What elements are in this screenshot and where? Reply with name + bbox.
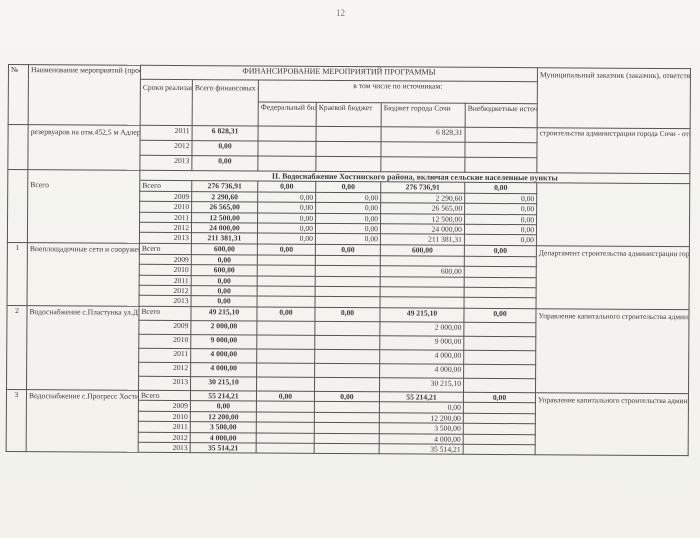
extra-cell [464,364,536,378]
item-total-cell: 49 215,10 [191,306,257,320]
extra-cell [464,322,536,336]
summary-city-cell: 276 736,91 [381,182,465,193]
extra-cell: 0,00 [465,204,537,215]
city-cell: 12 500,00 [381,213,465,224]
total-cell: 12 200,00 [190,411,256,422]
regional-cell: 0,00 [315,234,380,245]
item-city-cell: 49 215,10 [380,308,464,323]
regional-cell [315,363,380,377]
federal-cell: 0,00 [258,202,316,213]
header-no: № [8,65,28,125]
federal-cell [256,433,314,444]
city-cell: 26 565,00 [381,203,465,214]
total-cell: 4 000,00 [190,432,256,443]
regional-cell [316,141,381,156]
item-customer: строительства администрации города Сочи … [537,128,690,174]
federal-cell [257,276,315,287]
item-customer: Департамент строительства администрации … [536,246,689,310]
extra-cell [464,378,536,392]
item-total-label: Всего [139,306,191,320]
header-name: Наименование мероприятий (проектов) [28,65,140,126]
regional-cell [315,335,380,349]
item-name: Водоснабжение с.Пластунка ул.Джапаридзе … [27,305,140,390]
city-cell: 3 500,00 [379,423,463,434]
year-cell: 2010 [140,202,192,213]
summary-name: Всего [27,180,139,243]
year-cell: 2009 [140,191,192,202]
year-cell: 2013 [140,155,192,170]
regional-cell [315,377,380,391]
section-no-cell [8,170,28,181]
item-total-cell: 55 214,21 [190,390,256,401]
regional-cell [314,402,379,413]
year-cell: 2013 [138,442,190,453]
city-cell: 9 000,00 [380,336,464,351]
regional-cell [314,433,379,444]
item-extra-cell: 0,00 [464,308,536,322]
extra-cell [463,403,535,414]
item-regional-cell: 0,00 [314,391,379,402]
regional-cell [315,297,380,308]
total-cell: 0,00 [192,156,258,171]
total-cell: 0,00 [191,275,257,286]
year-cell: 2010 [139,334,191,348]
page-number: 12 [336,8,345,18]
federal-cell [258,141,316,156]
header-city: Бюджет города Сочи [381,103,465,128]
city-cell [381,142,465,158]
city-cell: 0,00 [379,402,463,413]
item-total-label: Всего [138,390,190,401]
extra-cell: 0,00 [464,235,536,246]
federal-cell [257,377,315,391]
item-total-cell: 600,00 [191,243,257,254]
regional-cell: 0,00 [315,223,380,234]
year-cell: 2011 [138,421,190,432]
item-regional-cell: 0,00 [315,244,380,255]
total-cell: 24 000,00 [191,223,257,234]
regional-cell [315,286,380,297]
federal-cell [256,422,314,433]
total-cell: 3 500,00 [190,422,256,433]
extra-cell [463,444,535,455]
summary-total-cell: 276 736,91 [192,181,258,192]
extra-cell [465,127,537,142]
year-cell: 2010 [138,411,190,422]
federal-cell: 0,00 [258,192,316,203]
city-cell: 4 000,00 [379,433,463,444]
federal-cell: 0,00 [257,233,315,244]
total-cell: 211 381,31 [191,233,257,244]
federal-cell [257,335,315,349]
total-cell: 4 000,00 [191,362,257,376]
year-cell: 2013 [139,233,191,244]
extra-cell [463,413,535,424]
item-city-cell: 55 214,21 [379,392,463,403]
city-cell: 4 000,00 [380,350,464,365]
header-total: Всего финансовых средств, тыс.руб. [192,80,258,126]
federal-cell [256,412,314,423]
regional-cell [315,266,380,277]
extra-cell [464,298,536,309]
item-extra-cell: 0,00 [464,245,536,256]
item-federal-cell: 0,00 [257,307,315,321]
extra-cell: 0,00 [465,214,537,225]
extra-cell [464,287,536,298]
item-no: 2 [7,305,28,389]
year-cell: 2011 [139,275,191,286]
year-cell: 2012 [139,362,191,376]
section-name-cell [28,170,140,181]
year-cell: 2012 [140,140,192,155]
federal-cell [257,349,315,363]
year-cell: 2012 [139,285,191,296]
federal-cell [257,321,315,335]
extra-cell [465,142,537,157]
federal-cell [256,443,314,454]
header-federal: Федеральный бюджет [258,102,316,126]
scanned-page: 12 № Наименование мероприятий (проектов)… [0,0,700,538]
regional-cell [316,126,381,141]
item-city-cell: 600,00 [380,245,464,257]
total-cell: 2 290,60 [192,191,258,202]
year-cell: 2010 [139,265,191,276]
extra-cell [464,350,536,364]
year-cell: 2013 [139,296,191,307]
city-cell: 6 828,31 [381,127,465,143]
total-cell: 6 828,31 [192,126,258,141]
federal-cell [257,363,315,377]
extra-cell: 0,00 [464,224,536,235]
regional-cell [314,422,379,433]
item-no: 3 [6,389,26,452]
extra-cell [465,157,537,172]
total-cell: 600,00 [191,265,257,276]
city-cell: 24 000,00 [380,224,464,235]
total-cell: 12 500,00 [192,212,258,223]
regional-cell: 0,00 [316,192,381,203]
total-cell: 9 000,00 [191,334,257,348]
header-extra: Внебюджетные источники [465,103,537,127]
financing-table: № Наименование мероприятий (проектов) ФИ… [6,64,691,456]
federal-cell [256,401,314,412]
extra-cell: 0,00 [465,193,537,204]
federal-cell [257,255,315,266]
year-cell: 2012 [139,222,191,233]
item-name: резервуаров на отм.452,5 м Адлерского ра… [28,125,140,171]
extra-cell [464,267,536,278]
total-cell: 0,00 [191,286,257,297]
summary-regional-cell: 0,00 [316,182,381,193]
extra-cell [464,277,536,288]
city-cell [381,157,465,173]
federal-cell [257,296,315,307]
city-cell: 2 000,00 [380,322,464,337]
total-cell: 26 565,00 [192,202,258,213]
summary-customer-cell [536,183,689,246]
item-name: Внеплощадочные сети и сооружения комплек… [27,242,139,306]
federal-cell [257,286,315,297]
extra-cell [464,256,536,267]
federal-cell [257,265,315,276]
regional-cell [315,276,380,287]
header-regional: Краевой бюджет [316,102,381,126]
city-cell [380,276,464,287]
year-cell: 2011 [140,125,192,140]
item-regional-cell: 0,00 [315,307,380,321]
extra-cell [463,423,535,434]
header-terms: Сроки реализации [140,79,192,125]
header-customer: Муниципальный заказчик (заказчик), ответ… [537,68,690,129]
federal-cell: 0,00 [258,213,316,224]
regional-cell [315,349,380,363]
total-cell: 35 514,21 [190,443,256,454]
year-cell: 2009 [138,401,190,412]
regional-cell [314,412,379,423]
item-total-label: Всего [139,243,191,254]
summary-no-cell [7,180,27,243]
city-cell: 35 514,21 [379,444,463,455]
total-cell: 0,00 [190,401,256,412]
item-extra-cell: 0,00 [463,392,535,403]
item-no-cell [8,125,28,170]
city-cell: 12 200,00 [379,412,463,423]
year-cell: 2009 [139,320,191,334]
regional-cell: 0,00 [316,203,381,214]
city-cell: 600,00 [380,266,464,277]
federal-cell [258,156,316,171]
regional-cell: 0,00 [316,213,381,224]
total-cell: 0,00 [192,141,258,156]
total-cell: 0,00 [191,254,257,265]
city-cell: 30 215,10 [380,378,464,393]
year-cell: 2011 [139,348,191,362]
federal-cell: 0,00 [257,223,315,234]
total-cell: 4 000,00 [191,348,257,362]
regional-cell [314,443,379,454]
total-cell: 2 000,00 [191,320,257,334]
city-cell [380,287,464,298]
item-federal-cell: 0,00 [257,244,315,255]
item-no: 1 [7,242,27,305]
year-cell: 2011 [140,212,192,223]
summary-federal-cell: 0,00 [258,181,316,192]
federal-cell [258,126,316,141]
item-name: Водоснабжение с.Прогресс Хостинского рай… [26,389,138,452]
regional-cell [316,156,381,171]
total-cell: 0,00 [191,296,257,307]
city-cell: 2 290,60 [381,193,465,204]
item-customer: Управление капитального строительства ад… [535,393,688,456]
summary-extra-cell: 0,00 [465,183,537,194]
regional-cell [315,255,380,266]
item-customer: Управление капитального строительства ад… [536,309,690,394]
year-cell: 2012 [138,432,190,443]
item-federal-cell: 0,00 [256,391,314,402]
extra-cell [463,434,535,445]
year-cell: 2009 [139,254,191,265]
city-cell [380,297,464,308]
regional-cell [315,321,380,335]
year-cell: 2013 [139,376,191,390]
total-cell: 30 215,10 [191,376,257,390]
extra-cell [464,336,536,350]
header-sources-title: в том числе по источникам: [258,80,537,104]
city-cell [380,256,464,267]
city-cell: 4 000,00 [380,364,464,379]
summary-total-label: Всего [140,181,192,192]
city-cell: 211 381,31 [380,234,464,245]
